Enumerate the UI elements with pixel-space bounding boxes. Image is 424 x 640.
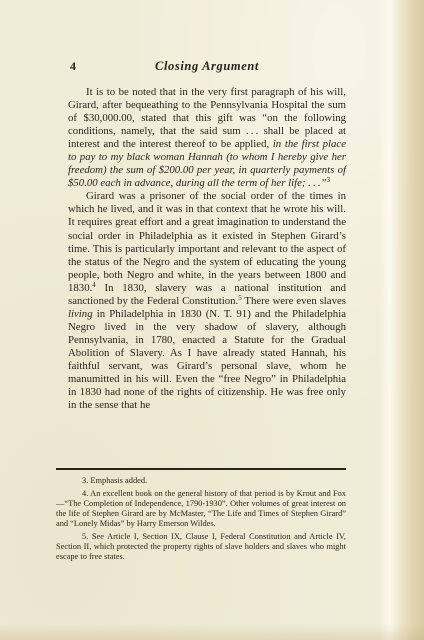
page-bottom-edge-shadow: [0, 624, 424, 640]
page-header: 4 Closing Argument: [68, 59, 346, 75]
footnote-3: 3. Emphasis added.: [56, 476, 346, 486]
body-text: It is to be noted that in the very first…: [68, 86, 346, 412]
running-head: Closing Argument: [68, 59, 346, 74]
footnote-5: 5. See Article I, Section IX, Clause I, …: [56, 532, 346, 561]
body-paragraph-2: Girard was a prisoner of the social orde…: [68, 190, 346, 412]
page-number: 4: [70, 59, 76, 74]
body-paragraph-1: It is to be noted that in the very first…: [68, 86, 346, 190]
book-page: 4 Closing Argument It is to be noted tha…: [0, 0, 424, 640]
footnote-divider-rule: [56, 468, 346, 470]
footnote-4: 4. An excellent book on the general hist…: [56, 489, 346, 528]
page-right-edge-shadow: [378, 0, 424, 640]
footnote-section: 3. Emphasis added. 4. An excellent book …: [56, 476, 346, 565]
